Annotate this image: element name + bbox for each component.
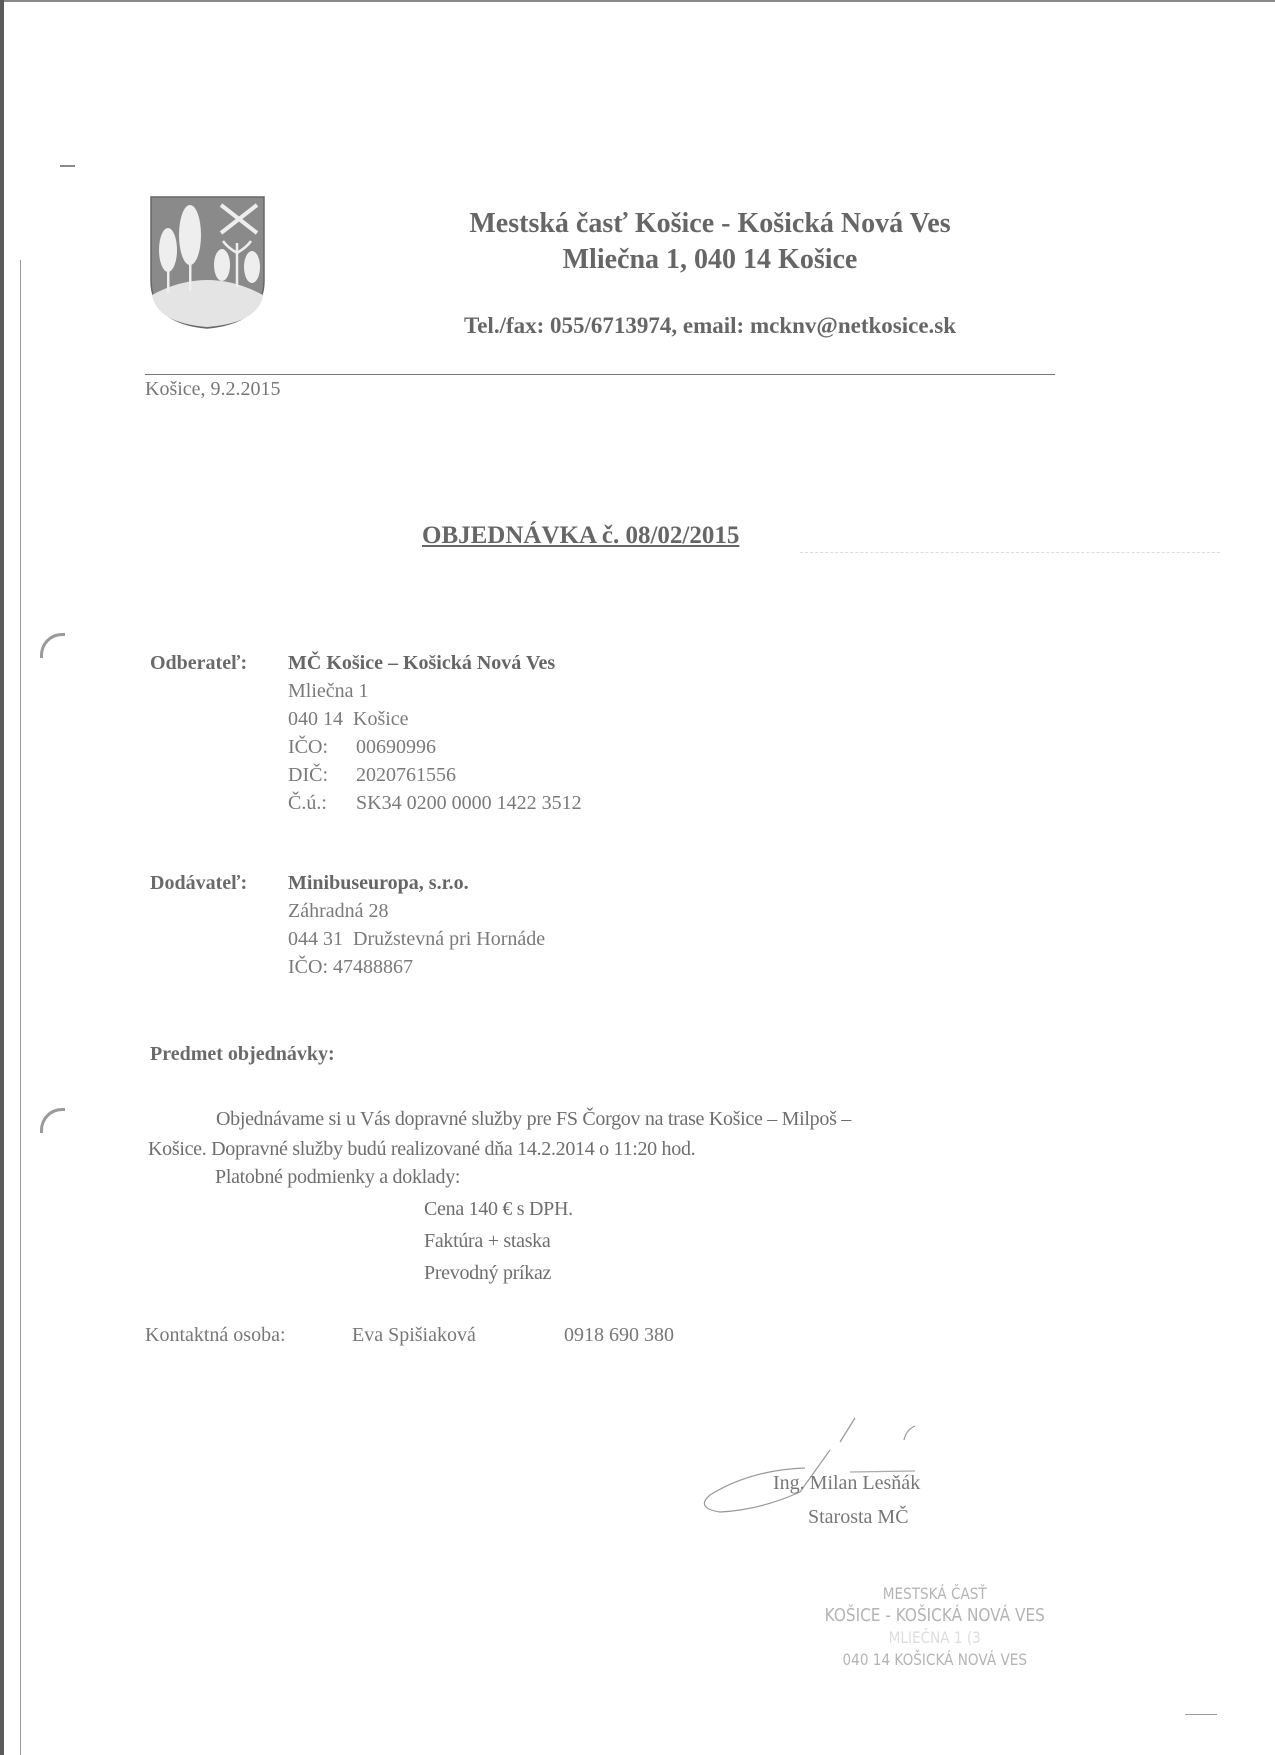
org-contact: Tel./fax: 055/6713974, email: mcknv@netk… xyxy=(280,313,1140,339)
scan-artifact xyxy=(800,552,1220,554)
scan-edge-top xyxy=(0,0,1275,2)
handwritten-signature-icon xyxy=(690,1400,950,1520)
customer-street: Mliečna 1 xyxy=(288,680,369,703)
condition-invoice: Faktúra + staska xyxy=(424,1230,550,1253)
scan-edge-left xyxy=(0,0,4,1755)
customer-ico: IČO:00690996 xyxy=(288,736,436,759)
payment-label: Platobné podmienky a doklady: xyxy=(215,1166,460,1189)
signer-name: Ing. Milan Lesňák xyxy=(773,1472,920,1495)
document-date: Košice, 9.2.2015 xyxy=(145,378,281,401)
fold-line xyxy=(20,260,21,1755)
condition-transfer: Prevodný príkaz xyxy=(424,1262,551,1285)
supplier-street: Záhradná 28 xyxy=(288,900,389,923)
condition-price: Cena 140 € s DPH. xyxy=(424,1198,573,1221)
header-divider xyxy=(145,374,1055,375)
punch-hole-mark xyxy=(40,633,65,658)
customer-name: MČ Košice – Košická Nová Ves xyxy=(288,652,555,675)
signer-role: Starosta MČ xyxy=(808,1506,909,1529)
customer-label: Odberateľ: xyxy=(150,652,247,675)
supplier-name: Minibuseuropa, s.r.o. xyxy=(288,872,469,895)
contact-name: Eva Spišiaková xyxy=(352,1324,476,1347)
org-name: Mestská časť Košice - Košická Nová Ves xyxy=(280,208,1140,240)
customer-account: Č.ú.:SK34 0200 0000 1422 3512 xyxy=(288,792,582,815)
official-stamp: MESTSKÁ ČASŤ KOŠICE - KOŠICKÁ NOVÁ VES M… xyxy=(820,1583,1050,1671)
subject-line-2: Košice. Dopravné služby budú realizované… xyxy=(148,1138,695,1161)
customer-dic: DIČ:2020761556 xyxy=(288,764,456,787)
supplier-ico: IČO: 47488867 xyxy=(288,956,413,979)
customer-city: 040 14 Košice xyxy=(288,708,409,731)
subject-line-1: Objednávame si u Vás dopravné služby pre… xyxy=(216,1108,1076,1131)
supplier-label: Dodávateľ: xyxy=(150,872,247,895)
scan-mark xyxy=(1185,1714,1217,1715)
org-address: Mliečna 1, 040 14 Košice xyxy=(280,244,1140,276)
document-title: OBJEDNÁVKA č. 08/02/2015 xyxy=(422,522,739,550)
punch-hole-mark xyxy=(40,1108,65,1133)
coat-of-arms-icon xyxy=(149,195,266,330)
subject-label: Predmet objednávky: xyxy=(150,1043,335,1066)
supplier-city: 044 31 Družstevná pri Hornáde xyxy=(288,928,545,951)
corner-mark xyxy=(60,165,75,167)
contact-label: Kontaktná osoba: xyxy=(145,1324,286,1347)
contact-phone: 0918 690 380 xyxy=(564,1324,674,1347)
